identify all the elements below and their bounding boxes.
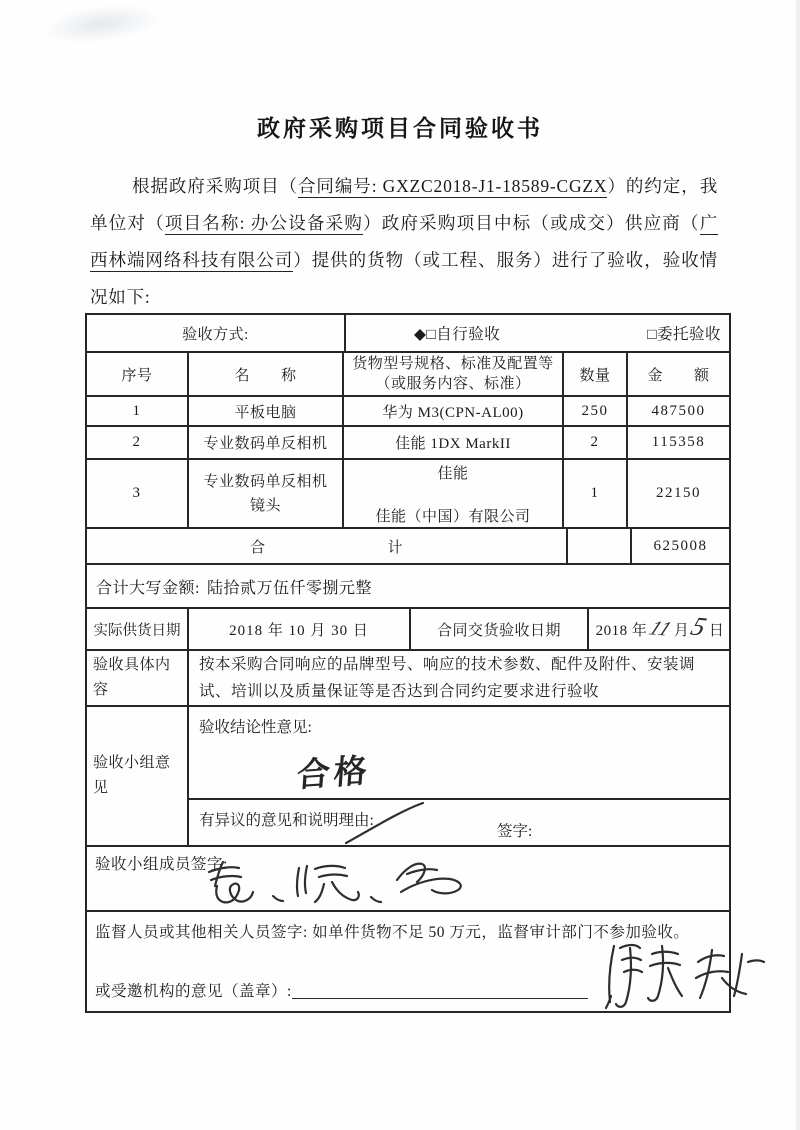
item-spec: 佳能 佳能（中国）有限公司 xyxy=(344,460,564,527)
item-spec-line2: 佳能（中国）有限公司 xyxy=(375,505,530,526)
acceptance-table: 验收方式: ◆□自行验收 □委托验收 序号 名 称 货物型号规格、标准及配置等 … xyxy=(85,313,731,1013)
acceptance-date-year: 2018 年 xyxy=(596,619,648,640)
intro-text: 根据政府采购项目（ xyxy=(132,176,298,196)
objection-subcell: 有异议的意见和说明理由: 签字: xyxy=(189,800,729,845)
intro-text: ）政府采购项目中标（或成交）供应商（ xyxy=(363,213,700,233)
item-no: 3 xyxy=(87,460,189,527)
item-qty: 2 xyxy=(564,427,628,458)
item-spec: 华为 M3(CPN-AL00) xyxy=(344,397,564,425)
agency-signature-handwriting xyxy=(596,936,774,1016)
item-amount: 22150 xyxy=(628,460,729,527)
member-signatures-handwriting xyxy=(203,856,473,908)
item-qty: 250 xyxy=(564,397,628,425)
table-row: 2 专业数码单反相机 佳能 1DX MarkII 2 115358 xyxy=(87,427,729,460)
header-name: 名 称 xyxy=(189,353,344,395)
members-signature-row: 验收小组成员签字: xyxy=(87,847,729,912)
item-spec-line1: 佳能 xyxy=(437,462,468,483)
item-no: 1 xyxy=(87,397,189,425)
table-row: 1 平板电脑 华为 M3(CPN-AL00) 250 487500 xyxy=(87,397,729,427)
inspection-content-row: 验收具体内容 按本采购合同响应的品牌型号、响应的技术参数、配件及附件、安装调试、… xyxy=(87,651,729,707)
total-label-cell: 合 计 xyxy=(87,529,568,563)
acceptance-date-label: 合同交货验收日期 xyxy=(411,609,589,649)
table-header-row: 序号 名 称 货物型号规格、标准及配置等 （或服务内容、标准） 数量 金 额 xyxy=(87,353,729,397)
opinion-row: 验收小组意见 验收结论性意见: 合格 有异议的意见和说明理由: 签字: xyxy=(87,707,729,847)
method-label: 验收方式: xyxy=(87,315,346,351)
amount-in-words-value: 陆拾贰万伍仟零捌元整 xyxy=(207,575,372,598)
scanned-document-page: 政府采购项目合同验收书 根据政府采购项目（合同编号: GXZC2018-J1-1… xyxy=(0,0,800,1130)
item-name: 平板电脑 xyxy=(189,397,344,425)
objection-slash-handwriting xyxy=(342,800,427,846)
agency-opinion-label-text: 或受邀机构的意见（盖章）: xyxy=(95,983,292,1000)
dates-row: 实际供货日期 2018 年 10 月 30 日 合同交货验收日期 2018 年 … xyxy=(87,609,729,651)
inspection-content-label: 验收具体内容 xyxy=(87,651,189,705)
header-spec-line2: （或服务内容、标准） xyxy=(352,374,554,394)
handwritten-month: 11 xyxy=(645,617,676,641)
method-options-cell: ◆□自行验收 □委托验收 xyxy=(346,315,729,351)
item-spec: 佳能 1DX MarkII xyxy=(344,427,564,458)
supply-date-value: 2018 年 10 月 30 日 xyxy=(189,609,411,649)
inspection-content-text: 按本采购合同响应的品牌型号、响应的技术参数、配件及附件、安装调试、培训以及质量保… xyxy=(189,651,729,705)
header-amount: 金 额 xyxy=(628,353,729,395)
conclusion-subcell: 验收结论性意见: 合格 xyxy=(189,707,729,800)
handwritten-conclusion: 合格 xyxy=(295,744,372,797)
supply-date-label: 实际供货日期 xyxy=(87,609,189,649)
opinion-content-cell: 验收结论性意见: 合格 有异议的意见和说明理由: 签字: xyxy=(189,707,729,845)
opinion-label: 验收小组意见 xyxy=(87,707,189,845)
total-qty-empty-cell xyxy=(568,529,632,563)
total-label: 计 xyxy=(388,536,404,557)
acceptance-date-month-unit: 月 xyxy=(674,619,690,640)
delegated-check-option: □委托验收 xyxy=(647,322,721,344)
item-qty: 1 xyxy=(564,460,628,527)
members-signature-cell: 验收小组成员签字: xyxy=(87,847,729,910)
total-row: 合 计 625008 xyxy=(87,529,729,565)
project-name-underlined: 项目名称: 办公设备采购 xyxy=(165,213,363,235)
header-spec-line1: 货物型号规格、标准及配置等 xyxy=(352,354,554,374)
table-row: 3 专业数码单反相机镜头 佳能 佳能（中国）有限公司 1 22150 xyxy=(87,460,729,529)
amount-in-words-row: 合计大写金额: 陆拾贰万伍仟零捌元整 xyxy=(87,565,729,609)
conclusion-label: 验收结论性意见: xyxy=(199,719,312,736)
method-row: 验收方式: ◆□自行验收 □委托验收 xyxy=(87,315,729,353)
item-name: 专业数码单反相机 xyxy=(189,427,344,458)
contract-number-underlined: 合同编号: GXZC2018-J1-18589-CGZX xyxy=(298,176,607,198)
intro-paragraph: 根据政府采购项目（合同编号: GXZC2018-J1-18589-CGZX）的约… xyxy=(90,168,718,316)
handwritten-day: 5 xyxy=(687,611,711,642)
item-amount: 115358 xyxy=(628,427,729,458)
self-check-option: ◆□自行验收 xyxy=(414,322,500,344)
scan-edge-shadow xyxy=(796,0,800,1130)
total-amount: 625008 xyxy=(632,529,729,563)
header-no: 序号 xyxy=(87,353,189,395)
header-spec: 货物型号规格、标准及配置等 （或服务内容、标准） xyxy=(344,353,564,395)
agency-opinion-label: 或受邀机构的意见（盖章）: xyxy=(95,980,588,1004)
header-qty: 数量 xyxy=(564,353,628,395)
signature-label: 签字: xyxy=(497,819,532,841)
amount-in-words-cell: 合计大写金额: 陆拾贰万伍仟零捌元整 xyxy=(87,565,729,607)
total-label: 合 xyxy=(250,536,266,557)
document-title: 政府采购项目合同验收书 xyxy=(0,110,800,143)
item-amount: 487500 xyxy=(628,397,729,425)
agency-opinion-blank-line xyxy=(292,998,588,999)
acceptance-date-value: 2018 年 11 月 5 日 xyxy=(589,609,729,649)
acceptance-date-day-unit: 日 xyxy=(709,619,725,640)
item-no: 2 xyxy=(87,427,189,458)
amount-in-words-label: 合计大写金额: xyxy=(96,575,200,598)
scan-smudge-artifact xyxy=(40,0,163,49)
item-name: 专业数码单反相机镜头 xyxy=(189,460,344,527)
